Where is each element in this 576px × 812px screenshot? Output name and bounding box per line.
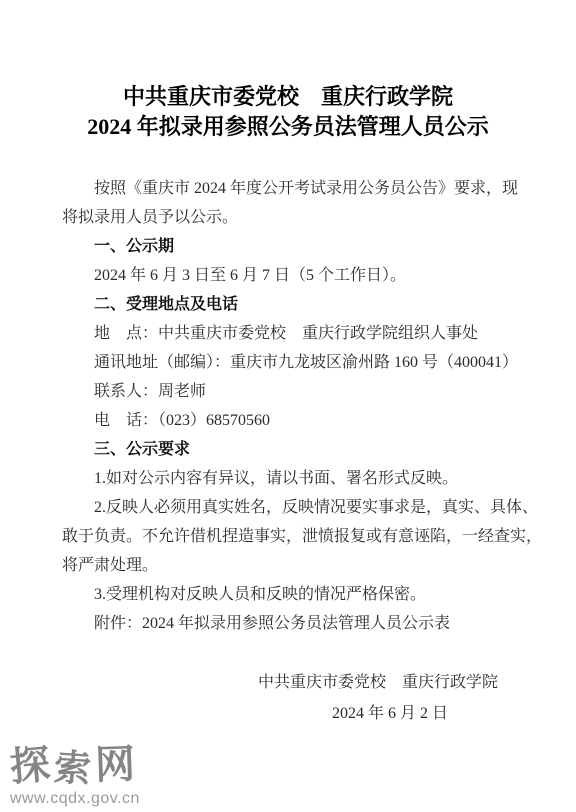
paragraph-requirement-1: 1.如对公示内容有异议，请以书面、署名形式反映。 (62, 464, 514, 493)
text-line: 1.如对公示内容有异议，请以书面、署名形式反映。 (62, 464, 514, 493)
paragraph-intro: 按照《重庆市 2024 年度公开考试录用公务员公告》要求，现 将拟录用人员予以公… (62, 174, 514, 232)
heading-line: 一、公示期 (62, 232, 514, 261)
text-line: 3.受理机构对反映人员和反映的情况严格保密。 (62, 580, 514, 609)
watermark-logo-char: 索 (52, 746, 96, 795)
text-line: 2.反映人必须用真实姓名，反映情况要实事求是，真实、具体、 (62, 493, 514, 522)
text-line: 将严肃处理。 (62, 551, 514, 580)
text-line: 2024 年 6 月 3 日至 6 月 7 日（5 个工作日）。 (62, 261, 514, 290)
watermark-logo-calligraphy: 探索网 (10, 742, 140, 790)
section-heading-3: 三、公示要求 (62, 435, 514, 464)
title-line-2: 2024 年拟录用参照公务员法管理人员公示 (0, 112, 576, 142)
watermark-logo-char: 探 (8, 741, 56, 791)
text-line: 地 点：中共重庆市委党校 重庆行政学院组织人事处 (62, 319, 514, 348)
text-line: 按照《重庆市 2024 年度公开考试录用公务员公告》要求，现 (62, 174, 514, 203)
document-page: 中共重庆市委党校 重庆行政学院 2024 年拟录用参照公务员法管理人员公示 按照… (0, 0, 576, 812)
text-line: 通讯地址（邮编）：重庆市九龙坡区渝州路 160 号（400041） (62, 348, 514, 377)
signature-block: 中共重庆市委党校 重庆行政学院 2024 年 6 月 2 日 (62, 668, 514, 728)
paragraph-contact-person: 联系人：周老师 (62, 377, 514, 406)
document-body: 按照《重庆市 2024 年度公开考试录用公务员公告》要求，现 将拟录用人员予以公… (62, 174, 514, 728)
section-heading-2: 二、受理地点及电话 (62, 290, 514, 319)
signature-organization: 中共重庆市委党校 重庆行政学院 (62, 668, 514, 697)
watermark-logo-char: 网 (94, 741, 140, 789)
paragraph-phone: 电 话：（023）68570560 (62, 406, 514, 435)
heading-line: 二、受理地点及电话 (62, 290, 514, 319)
section-heading-1: 一、公示期 (62, 232, 514, 261)
heading-line: 三、公示要求 (62, 435, 514, 464)
signature-date: 2024 年 6 月 2 日 (62, 699, 514, 728)
site-watermark: 探索网 www.cqdx.gov.cn (10, 742, 140, 808)
paragraph-mail-address: 通讯地址（邮编）：重庆市九龙坡区渝州路 160 号（400041） (62, 348, 514, 377)
title-line-1: 中共重庆市委党校 重庆行政学院 (0, 82, 576, 112)
paragraph-requirement-3: 3.受理机构对反映人员和反映的情况严格保密。 (62, 580, 514, 609)
text-line: 敢于负责。不允许借机捏造事实，泄愤报复或有意诬陷，一经查实， (62, 522, 514, 551)
paragraph-publicity-period: 2024 年 6 月 3 日至 6 月 7 日（5 个工作日）。 (62, 261, 514, 290)
text-line: 将拟录用人员予以公示。 (62, 203, 514, 232)
document-title: 中共重庆市委党校 重庆行政学院 2024 年拟录用参照公务员法管理人员公示 (0, 0, 576, 142)
paragraph-location: 地 点：中共重庆市委党校 重庆行政学院组织人事处 (62, 319, 514, 348)
paragraph-attachment: 附件：2024 年拟录用参照公务员法管理人员公示表 (62, 609, 514, 638)
text-line: 联系人：周老师 (62, 377, 514, 406)
paragraph-requirement-2: 2.反映人必须用真实姓名，反映情况要实事求是，真实、具体、 敢于负责。不允许借机… (62, 493, 514, 580)
text-line: 附件：2024 年拟录用参照公务员法管理人员公示表 (62, 609, 514, 638)
text-line: 电 话：（023）68570560 (62, 406, 514, 435)
